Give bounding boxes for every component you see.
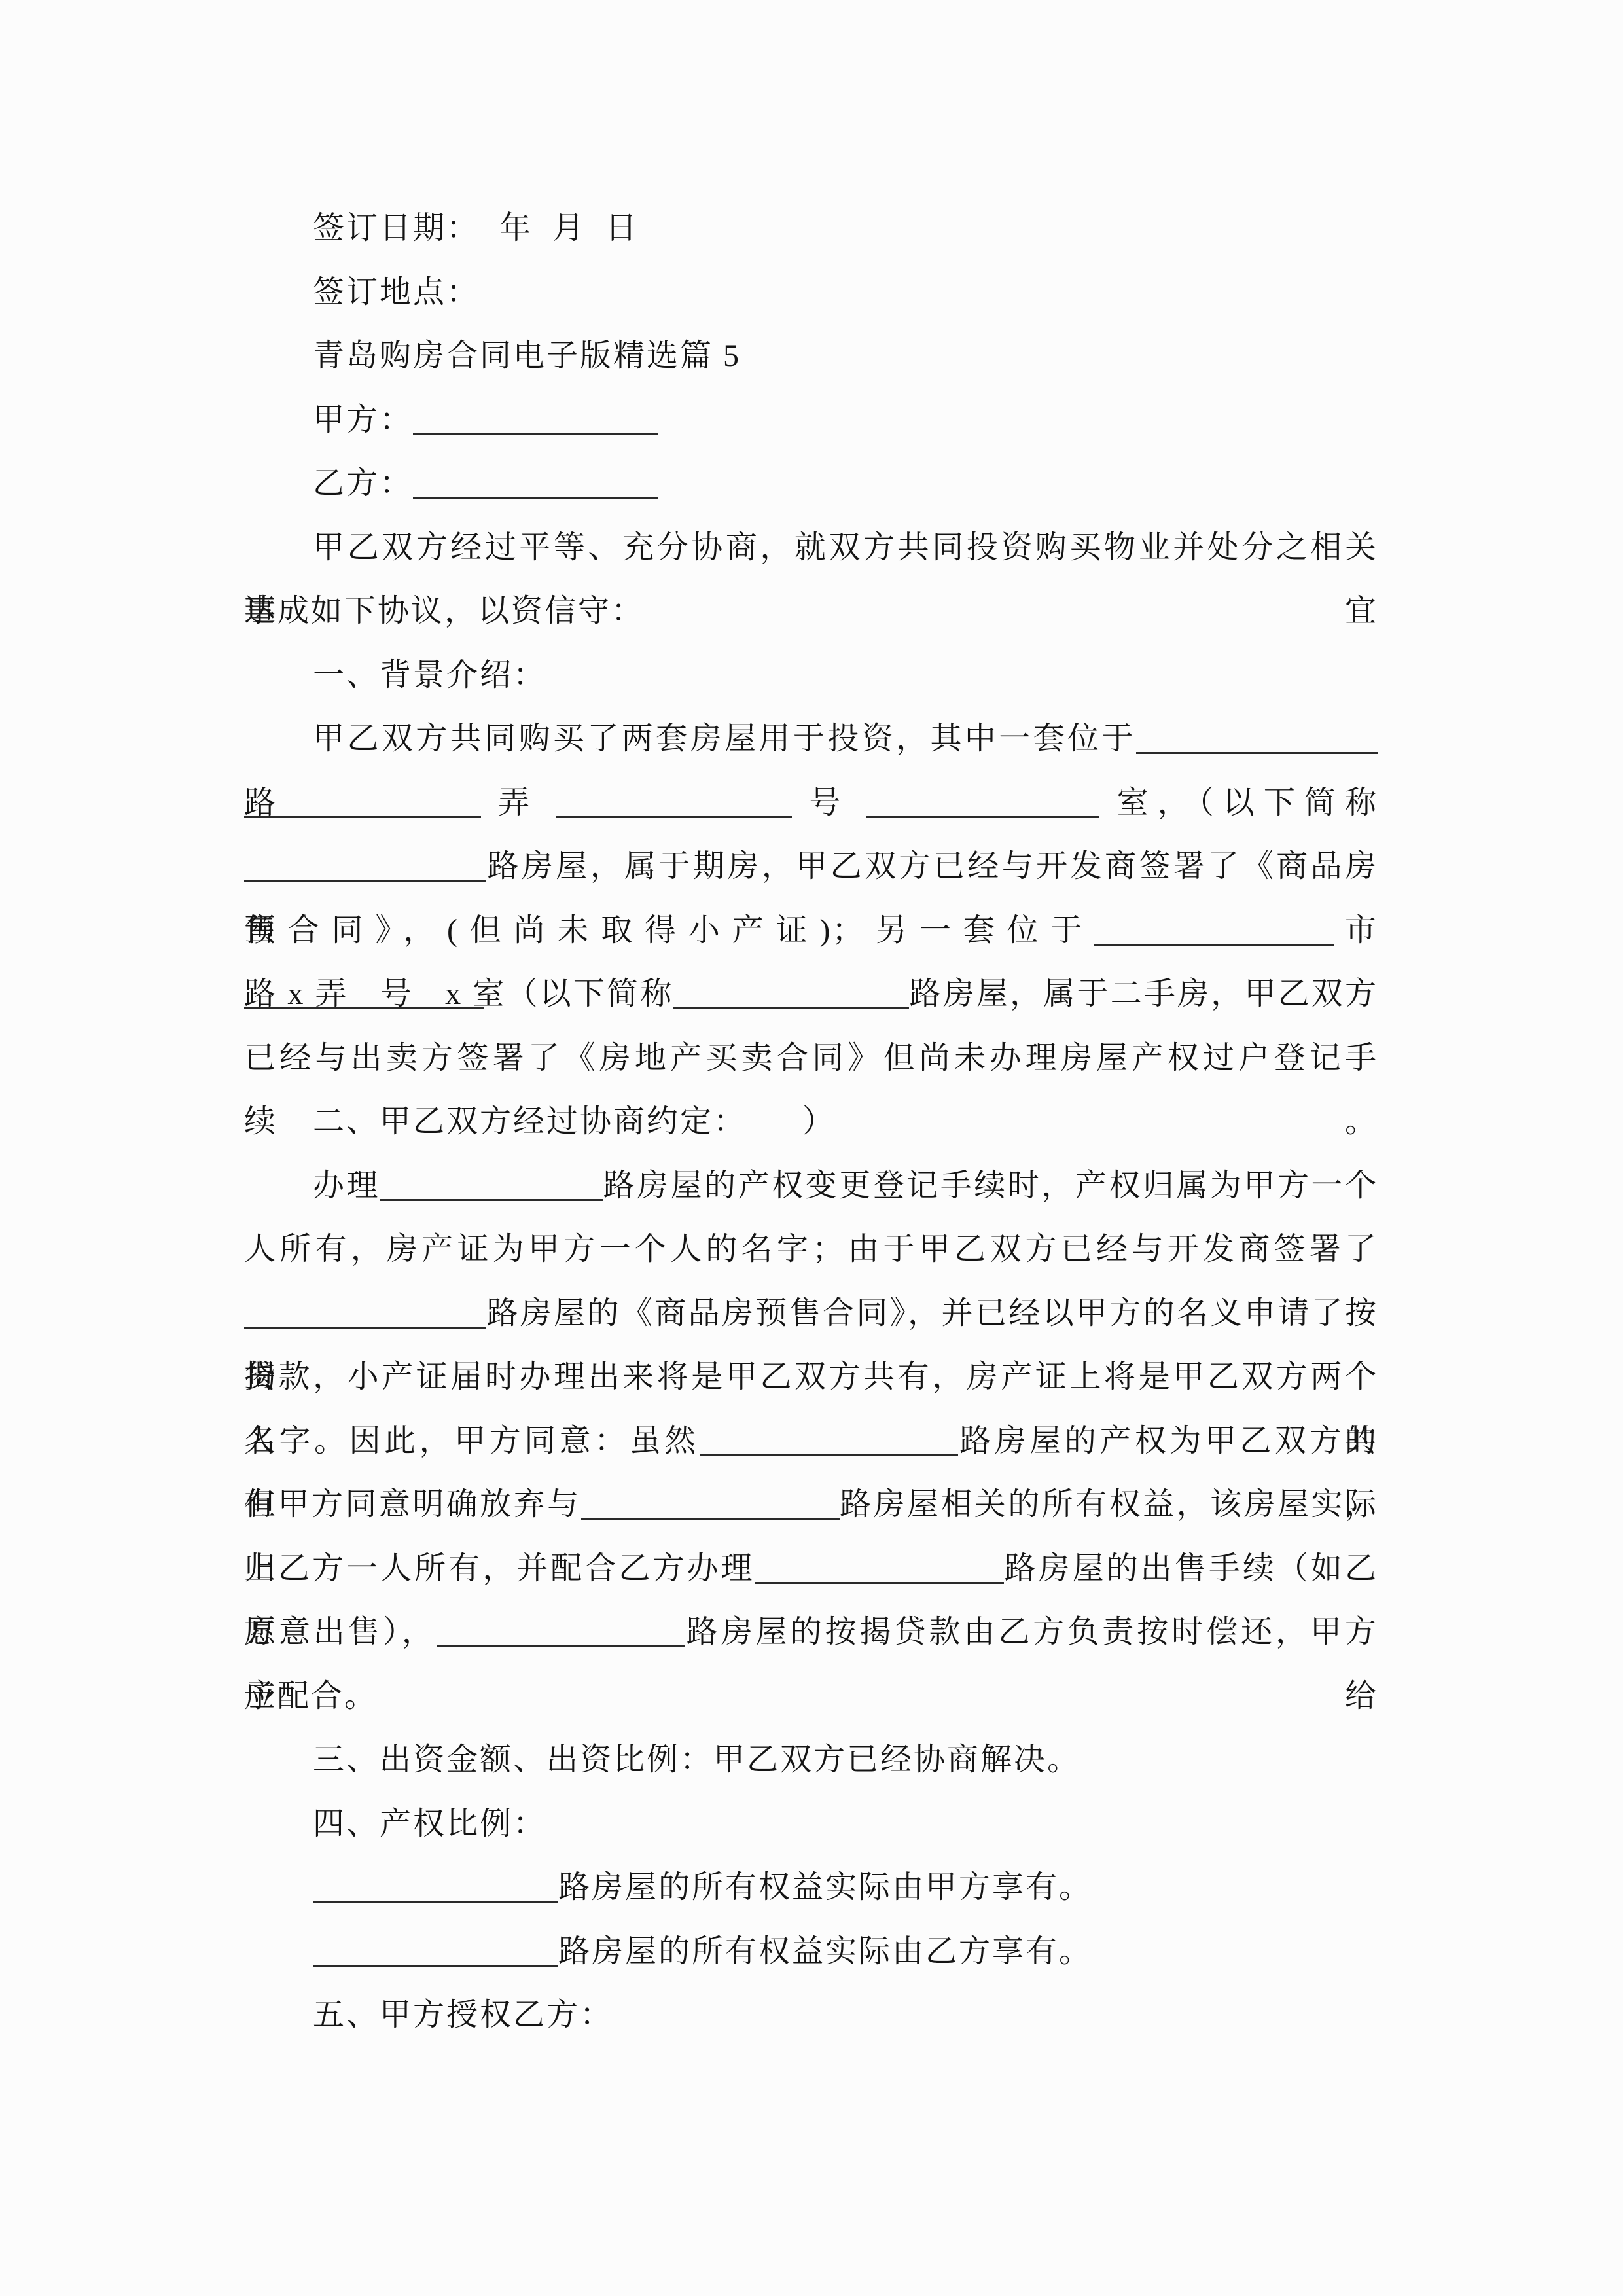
- line-text: 甲乙双方共同购买了两套房屋用于投资，其中一套位于: [313, 721, 1136, 756]
- blank-underline: [700, 1422, 958, 1456]
- text-line: 路房屋的《商品房预售合同》，并已经以甲方的名义申请了按揭: [244, 1282, 1378, 1346]
- text-line: 路 x 弄号x 室（以下简称路房屋，属于二手房，甲乙双方: [244, 962, 1378, 1026]
- text-line: 签订日期： 年 月 日: [244, 196, 1378, 260]
- blank-underline: [244, 1294, 486, 1329]
- line-text: 市: [1334, 913, 1378, 948]
- text-line: 已经与出卖方签署了《房地产买卖合同》但尚未办理房屋产权过户登记手续）。: [244, 1026, 1378, 1090]
- line-text: 路 x 弄: [244, 977, 349, 1011]
- text-line: 五、甲方授权乙方：: [244, 1983, 1378, 2047]
- line-text: 号: [380, 977, 414, 1011]
- blank-underline: [1094, 911, 1334, 946]
- blank-underline: [244, 783, 481, 818]
- text-line: 人所有，房产证为甲方一个人的名字；由于甲乙双方已经与开发商签署了: [244, 1217, 1378, 1282]
- text-line: 三、出资金额、出资比例：甲乙双方已经协商解决。: [244, 1728, 1378, 1792]
- line-text: 五、甲方授权乙方：: [313, 1998, 613, 2032]
- text-line: 但甲方同意明确放弃与路房屋相关的所有权益，该房屋实际上: [244, 1473, 1378, 1537]
- line-text: 一、背景介绍：: [313, 658, 546, 692]
- line-text: 但甲方同意明确放弃与: [244, 1487, 581, 1522]
- line-text: 人所有，房产证为甲方一个人的名字；由于甲乙双方已经与开发商签署了: [244, 1232, 1378, 1266]
- text-line: 路房屋，属于期房，甲乙双方已经与开发商签署了《商品房预: [244, 834, 1378, 899]
- text-line: 愿意出售），路房屋的按揭贷款由乙方负责按时偿还，甲方应给: [244, 1600, 1378, 1664]
- blank-underline: [437, 1613, 685, 1647]
- text-line: 甲乙双方经过平等、充分协商，就双方共同投资购买物业并处分之相关事宜: [244, 516, 1378, 580]
- line-text: 青岛购房合同电子版精选篇 5: [313, 338, 741, 373]
- text-line: 甲乙双方共同购买了两套房屋用于投资，其中一套位于路: [244, 707, 1378, 771]
- line-text: 乙方：: [313, 466, 413, 501]
- blank-underline: [1136, 719, 1378, 754]
- line-text: 售合同》，(但尚未取得小产证)；另一套位于: [244, 913, 1094, 948]
- line-text: 路房屋的所有权益实际由乙方享有。: [558, 1934, 1092, 1969]
- line-text: 签订地点：: [313, 275, 480, 310]
- blank-underline: [313, 1932, 558, 1967]
- line-text: 签订日期： 年 月 日: [313, 211, 639, 245]
- line-text: 归乙方一人所有，并配合乙方办理: [244, 1551, 755, 1586]
- blank-underline: [313, 1868, 558, 1903]
- blank-underline: [349, 975, 380, 1009]
- line-text: 办理: [313, 1168, 380, 1203]
- blank-underline: [581, 1485, 840, 1520]
- line-text: x 室（以下简称: [445, 977, 673, 1011]
- line-text: 路房屋的所有权益实际由甲方享有。: [558, 1870, 1092, 1905]
- blank-underline: [380, 1166, 603, 1201]
- text-line: 贷款，小产证届时办理出来将是甲乙双方共有，房产证上将是甲乙双方两个人的: [244, 1345, 1378, 1409]
- line-text: 路房屋的产权变更登记手续时，产权归属为甲方一个: [603, 1168, 1378, 1203]
- line-text: 予配合。: [244, 1679, 378, 1713]
- text-line: 弄 号 室，（以下简称: [244, 771, 1378, 835]
- line-text: 弄: [481, 785, 556, 820]
- line-text: 愿意出售），: [244, 1615, 437, 1649]
- text-line: 甲方：: [244, 388, 1378, 452]
- document-page: 签订日期： 年 月 日签订地点：青岛购房合同电子版精选篇 5甲方：乙方：甲乙双方…: [0, 0, 1623, 2296]
- line-text: 三、出资金额、出资比例：甲乙双方已经协商解决。: [313, 1742, 1080, 1777]
- line-text: 二、甲乙双方经过协商约定：: [313, 1104, 747, 1139]
- document-body: 签订日期： 年 月 日签订地点：青岛购房合同电子版精选篇 5甲方：乙方：甲乙双方…: [244, 196, 1378, 2047]
- line-text: 路房屋，属于二手房，甲乙双方: [909, 977, 1378, 1011]
- text-line: 售合同》，(但尚未取得小产证)；另一套位于市: [244, 899, 1378, 963]
- blank-underline: [244, 847, 486, 882]
- blank-underline: [866, 783, 1099, 818]
- blank-underline: [414, 975, 445, 1009]
- blank-underline: [413, 464, 658, 499]
- blank-underline: [755, 1549, 1004, 1584]
- text-line: 四、产权比例：: [244, 1792, 1378, 1856]
- text-line: 归乙方一人所有，并配合乙方办理路房屋的出售手续（如乙方: [244, 1537, 1378, 1601]
- line-text: 达成如下协议，以资信守：: [244, 594, 645, 628]
- line-text: 甲方：: [313, 403, 413, 437]
- line-text: 名字。因此，甲方同意：虽然: [244, 1424, 700, 1458]
- blank-underline: [556, 783, 792, 818]
- text-line: 青岛购房合同电子版精选篇 5: [244, 324, 1378, 388]
- text-line: 路房屋的所有权益实际由甲方享有。: [244, 1856, 1378, 1920]
- text-line: 签订地点：: [244, 260, 1378, 325]
- text-line: 乙方：: [244, 452, 1378, 516]
- blank-underline: [673, 975, 909, 1009]
- text-line: 一、背景介绍：: [244, 643, 1378, 708]
- text-line: 名字。因此，甲方同意：虽然路房屋的产权为甲乙双方共有，: [244, 1409, 1378, 1473]
- line-text: 号: [792, 785, 866, 820]
- blank-underline: [413, 401, 658, 435]
- line-text: 四、产权比例：: [313, 1806, 546, 1841]
- text-line: 办理路房屋的产权变更登记手续时，产权归属为甲方一个: [244, 1154, 1378, 1218]
- line-text: 室，（以下简称: [1099, 785, 1378, 820]
- text-line: 路房屋的所有权益实际由乙方享有。: [244, 1920, 1378, 1984]
